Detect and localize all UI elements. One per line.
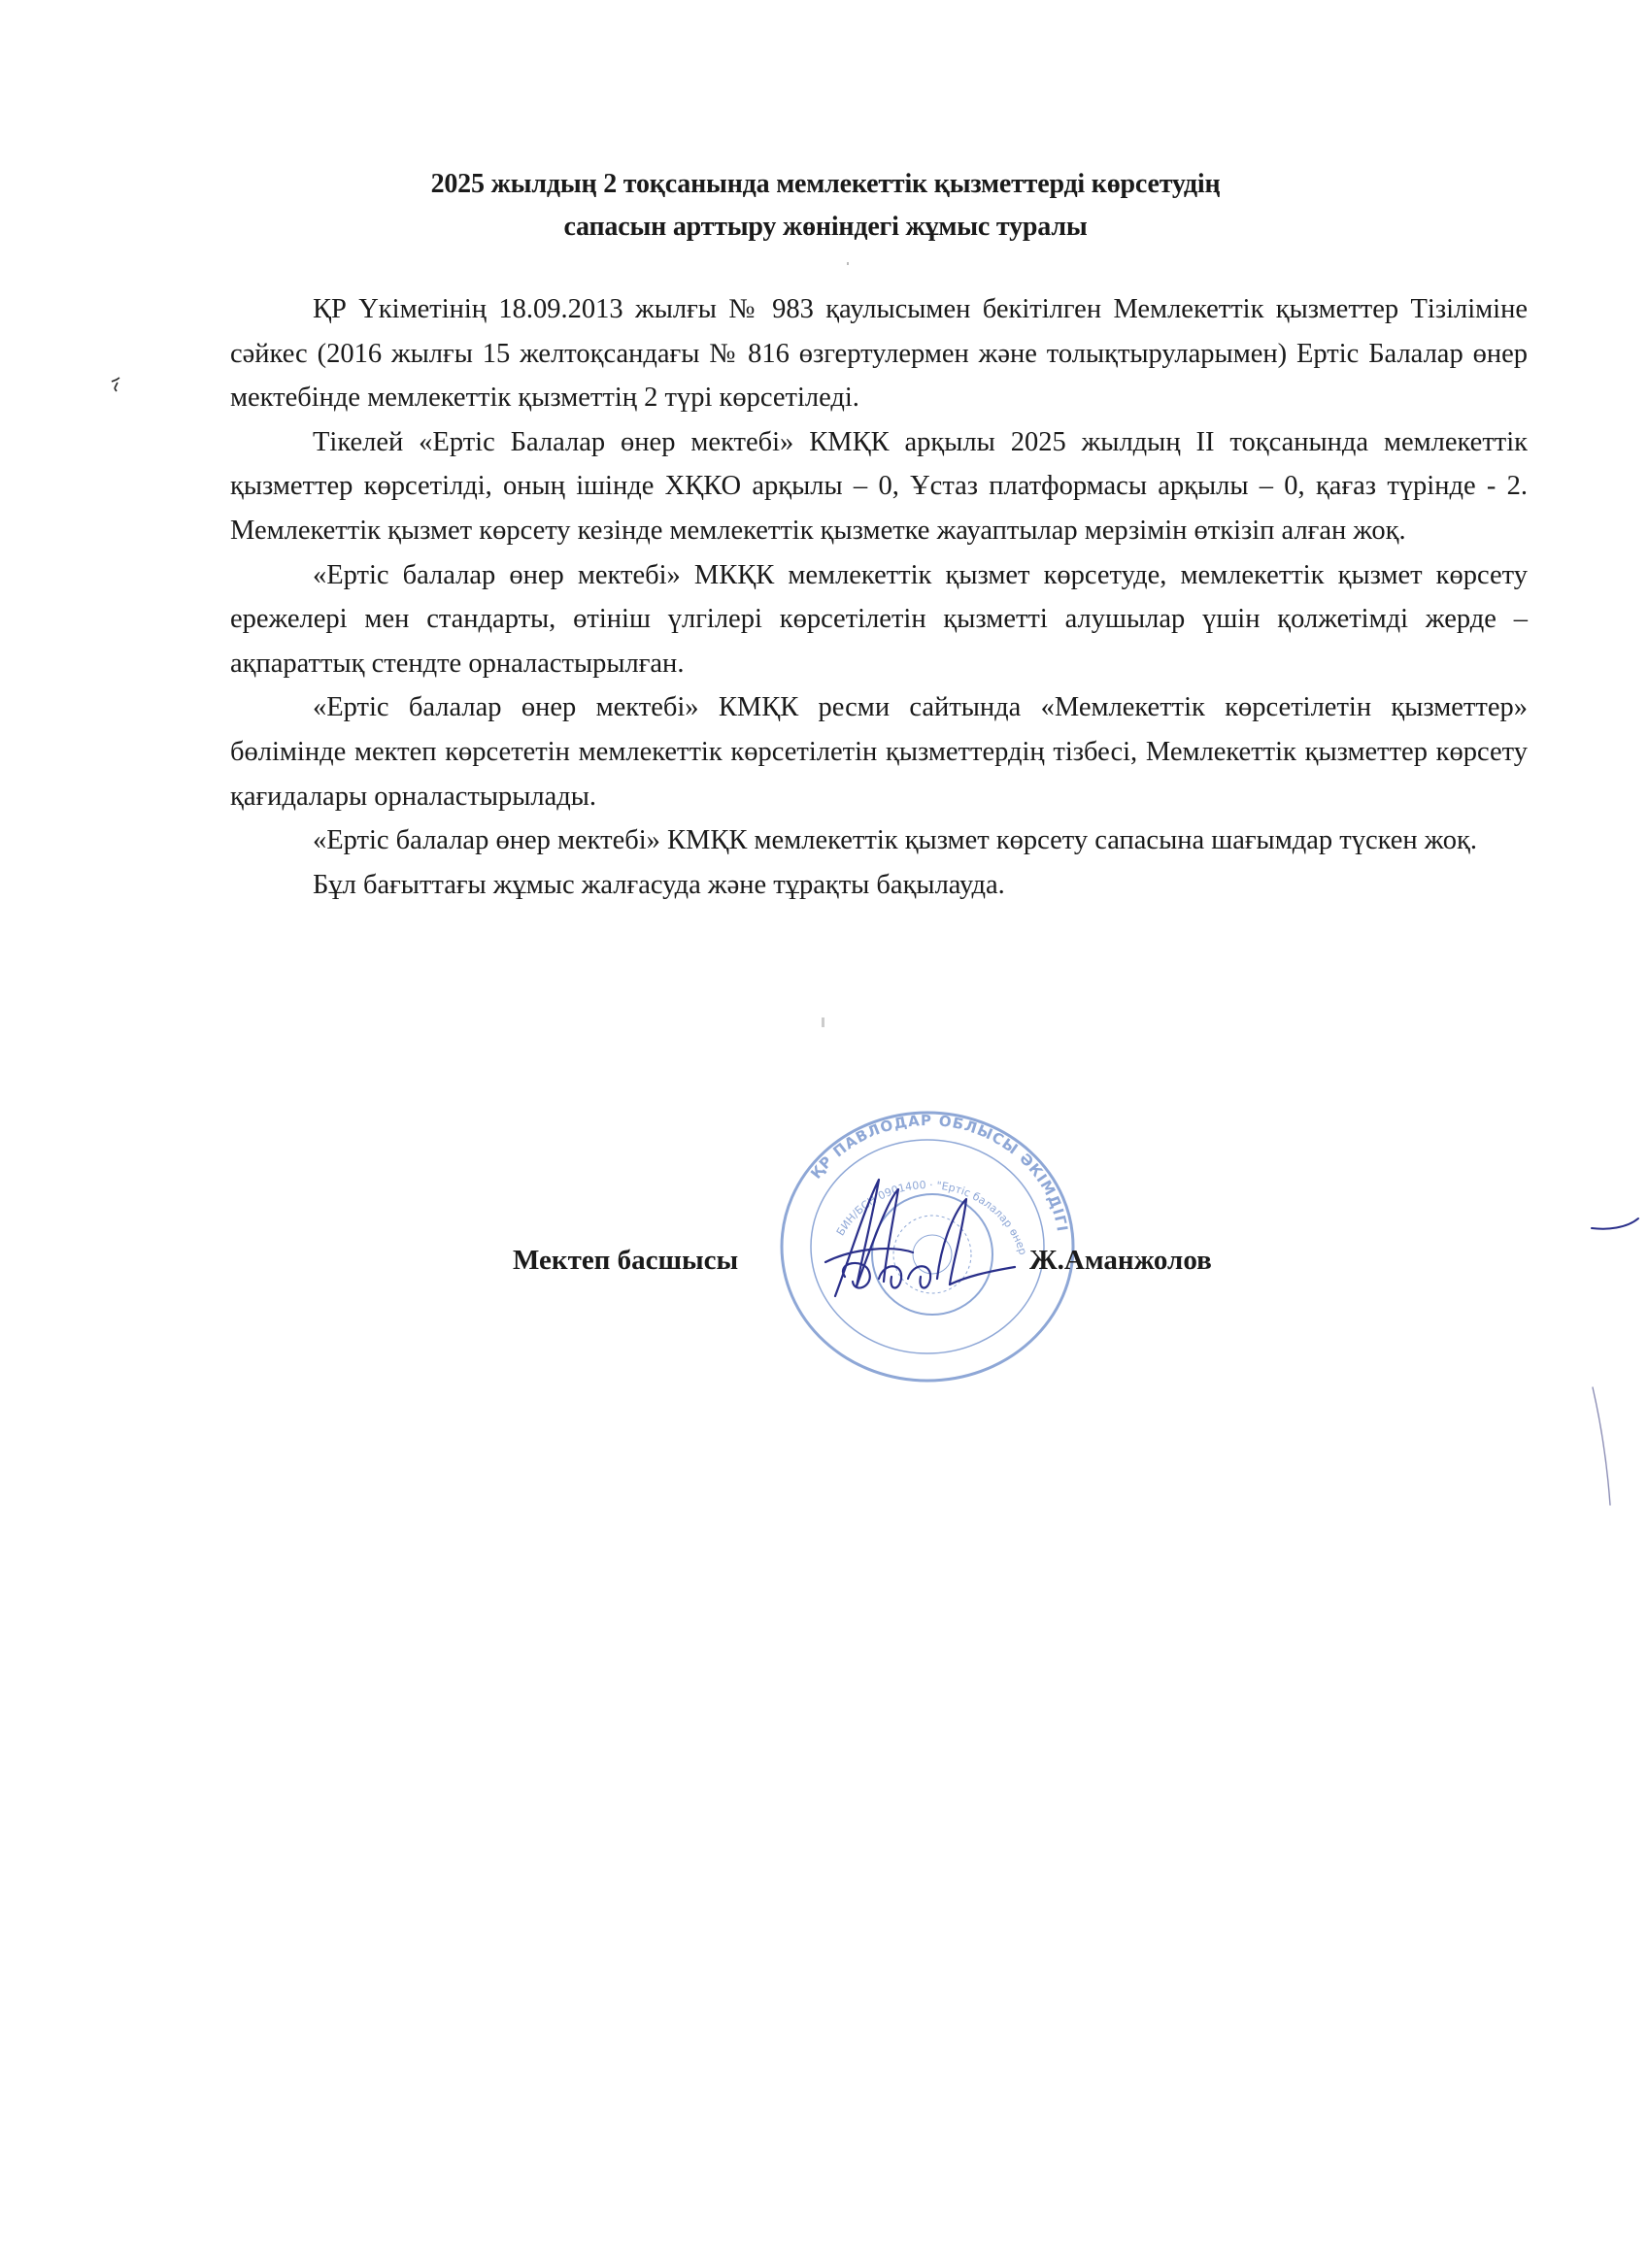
svg-text:ҚР ПАВЛОДАР ОБЛЫСЫ ӘКІМДІГІ: ҚР ПАВЛОДАР ОБЛЫСЫ ӘКІМДІГІ <box>807 1112 1071 1233</box>
paragraph-info-stand: «Ертіс балалар өнер мектебі» МКҚК мемлек… <box>230 553 1528 686</box>
scan-artifact-icon <box>109 374 124 395</box>
pen-stroke-icon <box>1589 1384 1618 1510</box>
paragraph-conclusion: Бұл бағыттағы жұмыс жалғасуда және тұрақ… <box>230 863 1528 908</box>
svg-text:БИН/БСН 0901400 · "Ертіс балал: БИН/БСН 0901400 · "Ертіс балалар өнер ме… <box>777 1109 1029 1256</box>
scan-dot <box>822 1017 824 1027</box>
title-line-2: сапасын арттыру жөніндегі жұмыс туралы <box>233 206 1418 249</box>
paragraph-website: «Ертіс балалар өнер мектебі» КМҚК ресми … <box>230 685 1528 818</box>
paragraph-registry: ҚР Үкіметінің 18.09.2013 жылғы № 983 қау… <box>230 287 1528 420</box>
scan-dot <box>847 262 849 265</box>
paragraph-complaints: «Ертіс балалар өнер мектебі» КМҚК мемлек… <box>230 818 1528 863</box>
paragraph-services-count: Тікелей «Ертіс Балалар өнер мектебі» КМҚ… <box>230 420 1528 553</box>
document-title: 2025 жылдың 2 тоқсанында мемлекеттік қыз… <box>233 163 1418 249</box>
title-line-1: 2025 жылдың 2 тоқсанында мемлекеттік қыз… <box>233 163 1418 206</box>
document-body: ҚР Үкіметінің 18.09.2013 жылғы № 983 қау… <box>230 287 1528 907</box>
signatory-role: Мектеп басшысы <box>513 1245 738 1277</box>
document-page: 2025 жылдың 2 тоқсанында мемлекеттік қыз… <box>0 0 1648 2268</box>
official-stamp-icon: ҚР ПАВЛОДАР ОБЛЫСЫ ӘКІМДІГІ БИН/БСН 0901… <box>777 1109 1078 1385</box>
signatory-name: Ж.Аманжолов <box>1029 1245 1212 1277</box>
pen-stroke-icon <box>1588 1211 1646 1234</box>
signature-icon <box>796 1170 1020 1316</box>
